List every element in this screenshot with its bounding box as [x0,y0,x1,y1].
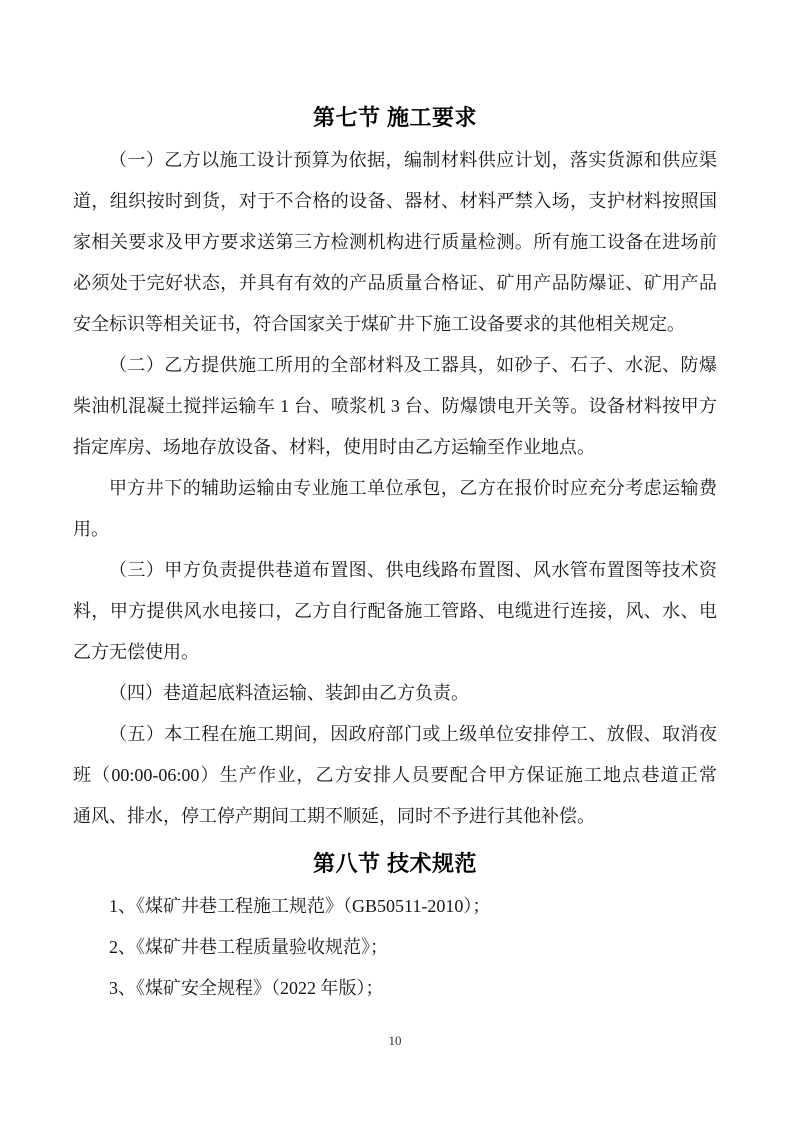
section-heading: 第八节 技术规范 [73,842,717,886]
paragraph-line: 班（00:00-06:00）生产作业，乙方安排人员要配合甲方保证施工地点巷道正常 [73,755,717,796]
paragraph-line: 安全标识等相关证书，符合国家关于煤矿井下施工设备要求的其他相关规定。 [73,304,717,345]
document-page: 第七节 施工要求（一）乙方以施工设计预算为依据，编制材料供应计划，落实货源和供应… [0,0,793,1122]
paragraph-line: 柴油机混凝土搅拌运输车 1 台、喷浆机 3 台、防爆馈电开关等。设备材料按甲方 [73,386,717,427]
paragraph-line: 指定库房、场地存放设备、材料，使用时由乙方运输至作业地点。 [73,427,717,468]
paragraph-line: 用。 [73,509,717,550]
list-item: 2、《煤矿井巷工程质量验收规范》； [73,927,717,968]
paragraph-line: （四）巷道起底料渣运输、装卸由乙方负责。 [73,673,717,714]
paragraph-line: （二）乙方提供施工所用的全部材料及工器具，如砂子、石子、水泥、防爆 [73,345,717,386]
paragraph-line: 必须处于完好状态，并具有有效的产品质量合格证、矿用产品防爆证、矿用产品 [73,263,717,304]
paragraph-line: 料，甲方提供风水电接口，乙方自行配备施工管路、电缆进行连接，风、水、电 [73,591,717,632]
list-item: 3、《煤矿安全规程》（2022 年版）； [73,968,717,1009]
paragraph-line: （三）甲方负责提供巷道布置图、供电线路布置图、风水管布置图等技术资 [73,550,717,591]
paragraph-line: 通风、排水，停工停产期间工期不顺延，同时不予进行其他补偿。 [73,796,717,837]
section-heading: 第七节 施工要求 [73,96,717,140]
list-item: 1、《煤矿井巷工程施工规范》（GB50511-2010）； [73,886,717,927]
page-number: 10 [73,1033,717,1049]
paragraph-line: （五）本工程在施工期间，因政府部门或上级单位安排停工、放假、取消夜 [73,714,717,755]
paragraph-line: 乙方无偿使用。 [73,632,717,673]
paragraph-line: 家相关要求及甲方要求送第三方检测机构进行质量检测。所有施工设备在进场前 [73,222,717,263]
document-content: 第七节 施工要求（一）乙方以施工设计预算为依据，编制材料供应计划，落实货源和供应… [73,96,717,1009]
paragraph-line: （一）乙方以施工设计预算为依据，编制材料供应计划，落实货源和供应渠 [73,140,717,181]
paragraph-line: 甲方井下的辅助运输由专业施工单位承包，乙方在报价时应充分考虑运输费 [73,468,717,509]
paragraph-line: 道，组织按时到货，对于不合格的设备、器材、材料严禁入场，支护材料按照国 [73,181,717,222]
